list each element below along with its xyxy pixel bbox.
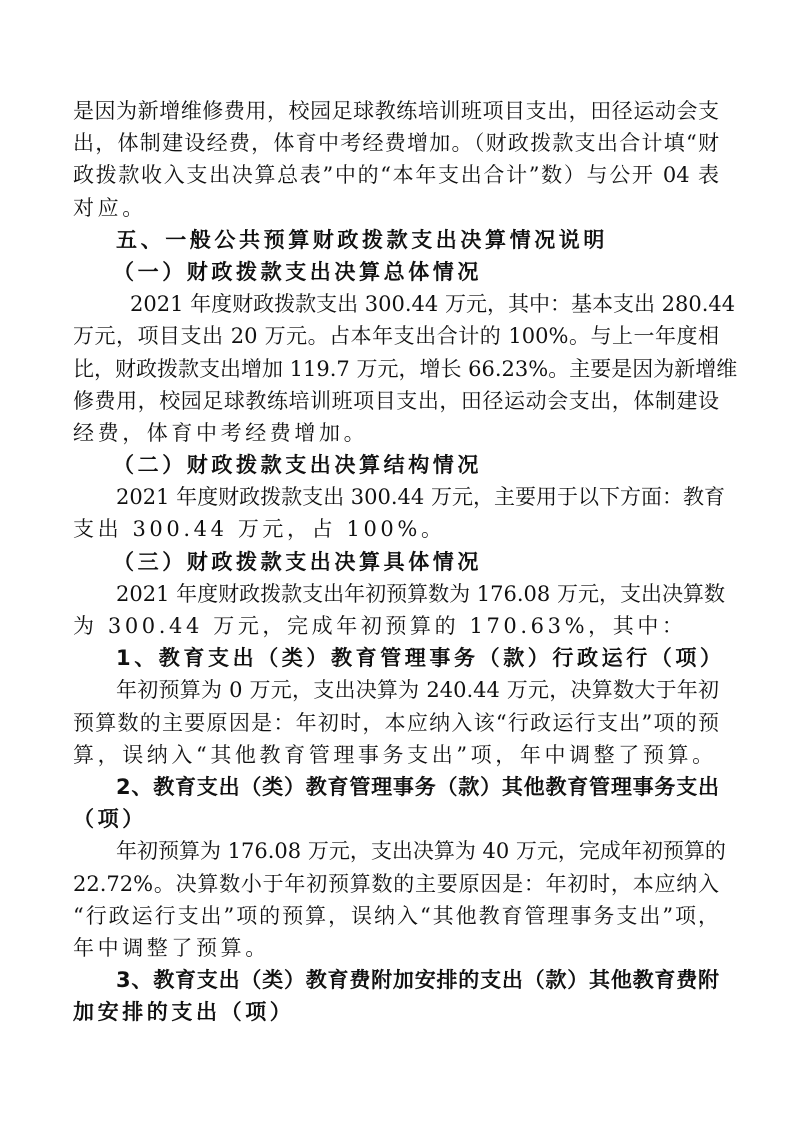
text-line: 2021 年度财政拨款支出 300.44 万元，其中：基本支出 280.44: [73, 288, 719, 320]
text-line: “行政运行支出”项的预算，误纳入“其他教育管理事务支出”项，: [73, 900, 719, 932]
text-line: 出，体制建设经费，体育中考经费增加。（财政拨款支出合计填“财: [73, 127, 719, 159]
text-line: 是因为新增维修费用，校园足球教练培训班项目支出，田径运动会支: [73, 95, 719, 127]
item-heading: 加安排的支出（项）: [73, 996, 719, 1028]
paragraph: 2021 年度财政拨款支出年初预算数为 176.08 万元，支出决算数 为 30…: [73, 578, 719, 642]
text-line: 对应。: [73, 192, 719, 224]
text-line: 修费用，校园足球教练培训班项目支出，田径运动会支出，体制建设: [73, 385, 719, 417]
text-line: 万元，项目支出 20 万元。占本年支出合计的 100%。与上一年度相: [73, 320, 719, 352]
item-heading: 2、教育支出（类）教育管理事务（款）其他教育管理事务支出: [73, 771, 719, 803]
section-heading: 五、一般公共预算财政拨款支出决算情况说明: [73, 224, 719, 256]
subsection-heading: （三）财政拨款支出决算具体情况: [73, 546, 719, 578]
text-line: 为 300.44 万元，完成年初预算的 170.63%，其中：: [73, 610, 719, 642]
text-line: 政拨款收入支出决算总表”中的“本年支出合计”数）与公开 04 表: [73, 159, 719, 191]
paragraph: 年初预算为 0 万元，支出决算为 240.44 万元，决算数大于年初 预算数的主…: [73, 674, 719, 771]
subsection-heading: （二）财政拨款支出决算结构情况: [73, 449, 719, 481]
text-line: 算，误纳入“其他教育管理事务支出”项，年中调整了预算。: [73, 739, 719, 771]
text-line: 年中调整了预算。: [73, 932, 719, 964]
text-line: 经费，体育中考经费增加。: [73, 417, 719, 449]
paragraph: 2021 年度财政拨款支出 300.44 万元，其中：基本支出 280.44 万…: [73, 288, 719, 449]
document-page: 是因为新增维修费用，校园足球教练培训班项目支出，田径运动会支 出，体制建设经费，…: [73, 95, 719, 1028]
paragraph: 年初预算为 176.08 万元，支出决算为 40 万元，完成年初预算的 22.7…: [73, 835, 719, 964]
text-line: 年初预算为 176.08 万元，支出决算为 40 万元，完成年初预算的: [73, 835, 719, 867]
subsection-heading: （一）财政拨款支出决算总体情况: [73, 256, 719, 288]
text-line: 2021 年度财政拨款支出 300.44 万元，主要用于以下方面：教育: [73, 481, 719, 513]
item-heading: 1、教育支出（类）教育管理事务（款）行政运行（项）: [73, 642, 719, 674]
text-line: 22.72%。决算数小于年初预算数的主要原因是：年初时，本应纳入: [73, 868, 719, 900]
paragraph: 2021 年度财政拨款支出 300.44 万元，主要用于以下方面：教育 支出 3…: [73, 481, 719, 545]
text-line: 预算数的主要原因是：年初时，本应纳入该“行政运行支出”项的预: [73, 707, 719, 739]
item-heading: （项）: [73, 803, 719, 835]
text-line: 年初预算为 0 万元，支出决算为 240.44 万元，决算数大于年初: [73, 674, 719, 706]
text-line: 2021 年度财政拨款支出年初预算数为 176.08 万元，支出决算数: [73, 578, 719, 610]
item-heading: 3、教育支出（类）教育费附加安排的支出（款）其他教育费附: [73, 964, 719, 996]
text-line: 比，财政拨款支出增加 119.7 万元，增长 66.23%。主要是因为新增维: [73, 353, 719, 385]
text-line: 支出 300.44 万元，占 100%。: [73, 513, 719, 545]
continuation-paragraph: 是因为新增维修费用，校园足球教练培训班项目支出，田径运动会支 出，体制建设经费，…: [73, 95, 719, 224]
